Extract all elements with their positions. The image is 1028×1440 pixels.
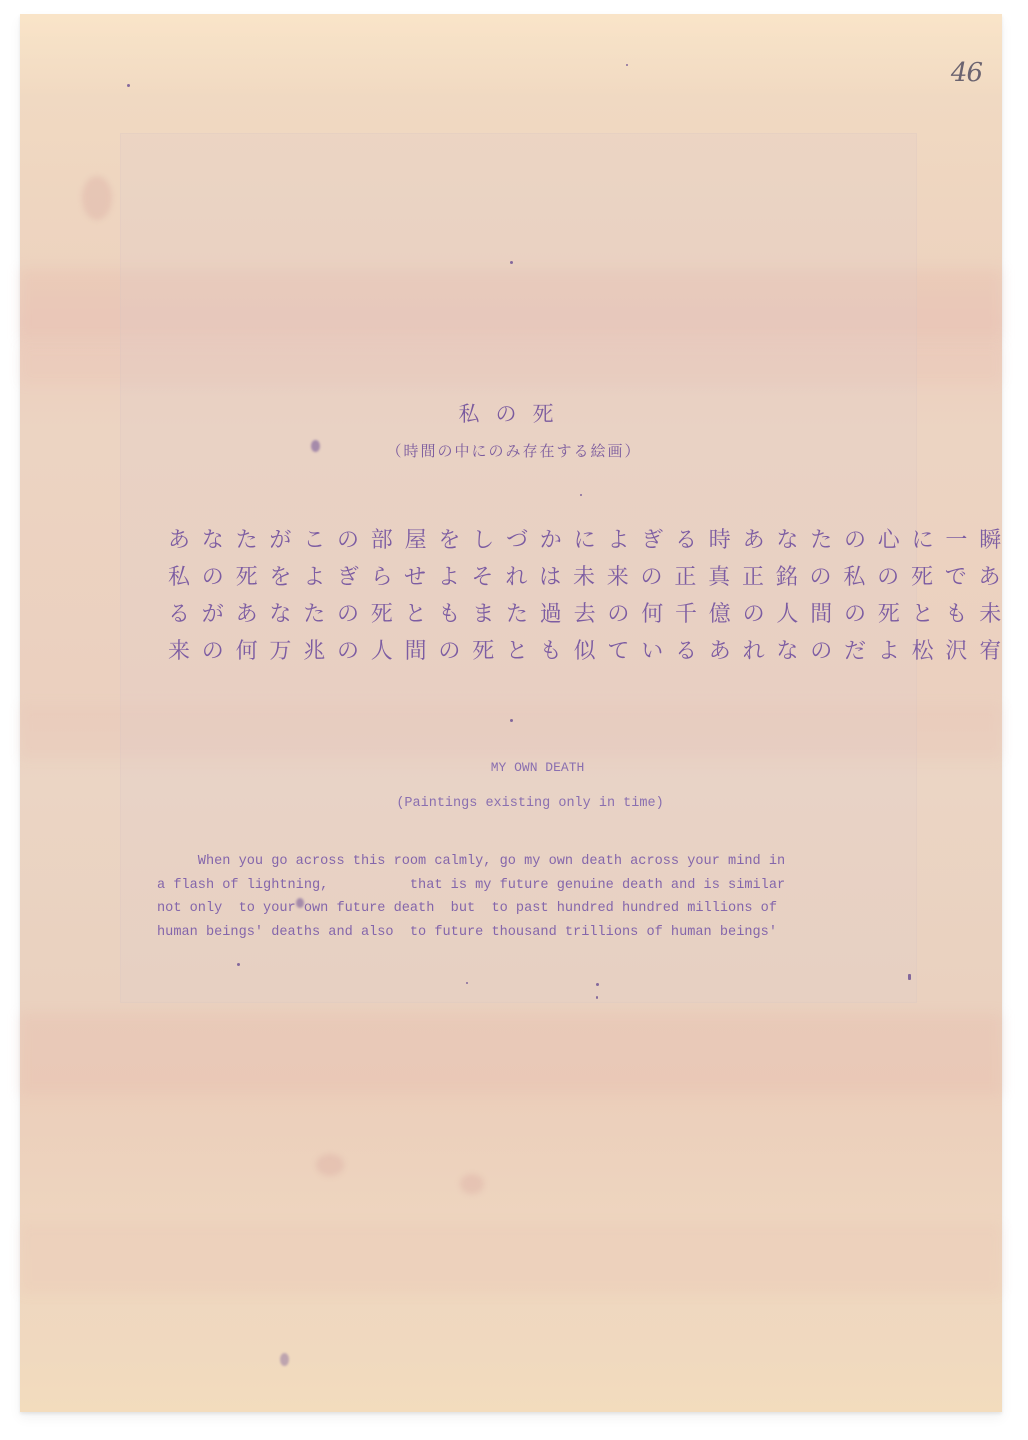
ink-smudge: [311, 440, 320, 452]
ink-speck: [596, 983, 599, 986]
english-line: human beings' deaths and also to future …: [157, 921, 897, 945]
japanese-line: あなたがこの部屋をしづかによぎる時あなたの心に一瞬: [168, 522, 898, 559]
stain-spot: [82, 176, 112, 220]
water-stain: [20, 1224, 1002, 1294]
ink-speck: [580, 494, 582, 496]
english-line: not only to your own future death but to…: [157, 897, 897, 921]
english-paragraph: When you go across this room calmly, go …: [157, 850, 897, 944]
japanese-line: 来の何万兆の人間の死とも似ているあれなのだよ松沢宥: [168, 633, 898, 670]
ink-smudge: [296, 898, 304, 908]
ink-speck: [127, 84, 130, 87]
english-title: MY OWN DEATH: [0, 760, 1028, 775]
japanese-subtitle: （時間の中にのみ存在する絵画）: [0, 440, 1028, 461]
stain-spot: [460, 1174, 484, 1194]
japanese-title: 私の死: [0, 398, 1028, 428]
ink-speck: [510, 261, 513, 264]
ink-speck: [237, 963, 240, 966]
japanese-line: るがあなたの死ともまた過去の何千億の人間の死とも未: [168, 596, 898, 633]
ink-speck: [510, 719, 513, 722]
ink-speck: [596, 996, 598, 999]
english-line: a flash of lightning, that is my future …: [157, 874, 897, 898]
ink-speck: [908, 974, 911, 980]
stain-spot: [316, 1154, 344, 1176]
ink-smudge: [280, 1353, 289, 1366]
japanese-paragraph: あなたがこの部屋をしづかによぎる時あなたの心に一瞬 私の死をよぎらせよそれは未来…: [168, 522, 898, 670]
english-line: When you go across this room calmly, go …: [157, 850, 897, 874]
english-subtitle: (Paintings existing only in time): [0, 796, 1028, 811]
ink-speck: [626, 64, 628, 66]
page-number: 46: [951, 58, 982, 88]
document-sheet: [20, 14, 1002, 1412]
water-stain: [20, 1014, 1002, 1094]
japanese-line: 私の死をよぎらせよそれは未来の正真正銘の私の死であ: [168, 559, 898, 596]
ink-speck: [466, 982, 468, 984]
